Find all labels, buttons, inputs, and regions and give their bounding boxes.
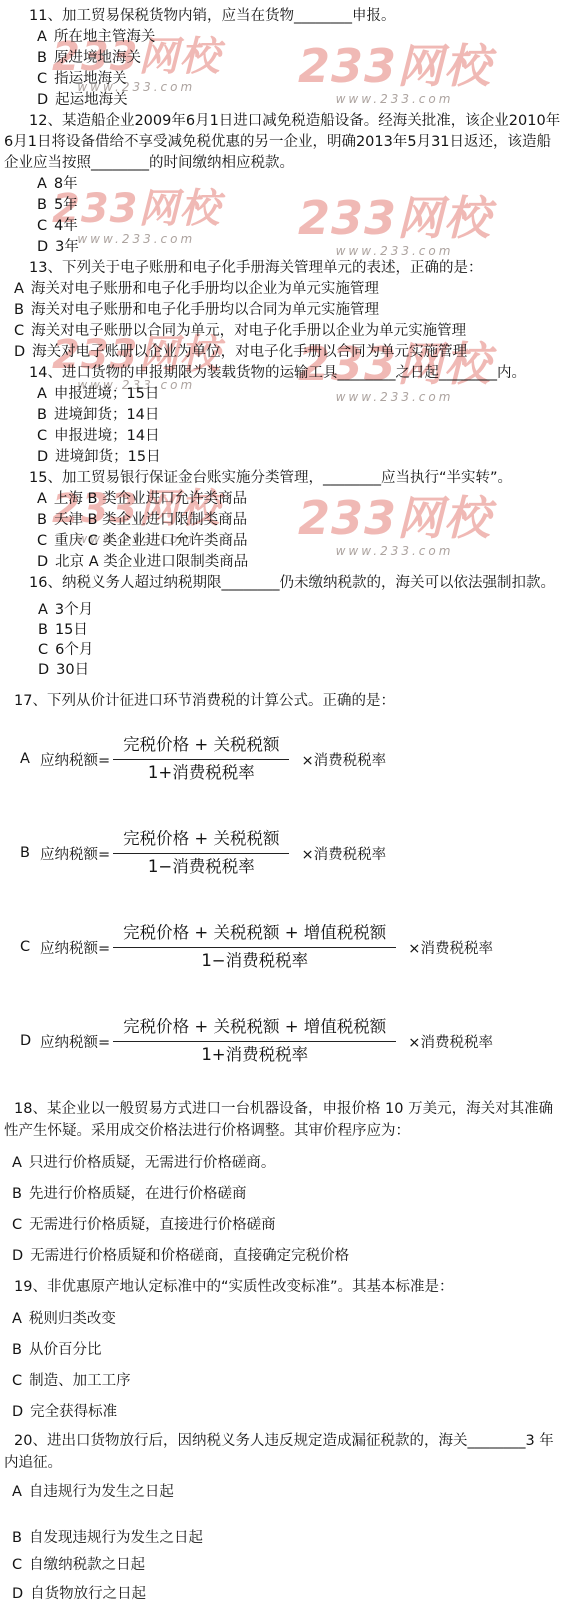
option-text: 指运地海关 [54, 71, 127, 87]
option-label: A [12, 1311, 22, 1327]
option-label: A [37, 176, 47, 192]
option-label: B [14, 302, 24, 318]
question-11-option-c: C指运地海关 [4, 69, 565, 90]
option-label: A [37, 491, 47, 507]
option-label: B [38, 622, 48, 638]
option-text: 北京 A 类企业进口限制类商品 [55, 554, 248, 570]
fraction-denominator: 1−消费税税率 [113, 948, 396, 972]
option-label: C [20, 939, 40, 955]
question-12-option-a: A8年 [4, 174, 565, 195]
option-text: 海关对电子账册以合同为单元，对电子化手册以企业为单元实施管理 [31, 323, 466, 339]
question-14-option-c: C申报进境；14日 [4, 426, 565, 447]
option-label: B [12, 1186, 22, 1202]
question-15-option-d: D北京 A 类企业进口限制类商品 [4, 552, 565, 573]
question-13-option-a: A海关对电子账册和电子化手册均以企业为单元实施管理 [4, 279, 565, 300]
question-17-text: 17、下列从价计征进口环节消费税的计算公式。正确的是： [4, 690, 565, 712]
question-12-option-b: B5年 [4, 195, 565, 216]
formula-lhs: 应纳税额= [40, 1031, 110, 1052]
option-text: 6个月 [55, 642, 93, 658]
question-12-option-d: D3年 [4, 237, 565, 258]
question-20-option-d: D自货物放行之日起 [4, 1584, 565, 1604]
option-text: 起运地海关 [55, 92, 128, 108]
option-label: C [14, 323, 24, 339]
question-16-option-a: A3个月 [4, 600, 565, 620]
option-label: D [37, 554, 48, 570]
option-label: A [12, 1484, 22, 1500]
option-label: A [38, 602, 48, 618]
formula-suffix: ×消费税税率 [408, 937, 493, 958]
option-text: 8年 [54, 176, 78, 192]
question-16-option-c: C6个月 [4, 640, 565, 660]
question-17-formula-c: C 应纳税额= 完税价格 + 关税税额 + 增值税税额 1−消费税税率 ×消费税… [4, 900, 565, 994]
question-15-text: 15、加工贸易银行保证金台账实施分类管理，________应当执行“半实转”。 [4, 468, 565, 489]
option-text: 重庆 C 类企业进口允许类商品 [54, 533, 247, 549]
question-11-option-b: B原进境地海关 [4, 48, 565, 69]
option-label: C [37, 218, 47, 234]
option-text: 先进行价格质疑，在进行价格磋商 [29, 1186, 247, 1202]
option-text: 3年 [55, 239, 79, 255]
option-text: 15日 [55, 622, 88, 638]
fraction-numerator: 完税价格 + 关税税额 + 增值税税额 [113, 1017, 396, 1042]
fraction: 完税价格 + 关税税额 + 增值税税额 1+消费税税率 [113, 1017, 396, 1065]
question-20-option-a: A自违规行为发生之日起 [4, 1482, 565, 1502]
option-label: C [37, 533, 47, 549]
question-11-option-d: D起运地海关 [4, 90, 565, 111]
option-label: D [37, 239, 48, 255]
formula-lhs: 应纳税额= [40, 937, 110, 958]
formula-suffix: ×消费税税率 [301, 843, 386, 864]
question-17-formula-b: B 应纳税额= 完税价格 + 关税税额 1−消费税税率 ×消费税税率 [4, 806, 565, 900]
option-text: 申报进境；15日 [54, 386, 159, 402]
formula-suffix: ×消费税税率 [301, 749, 386, 770]
option-label: A [37, 386, 47, 402]
option-text: 天津 B 类企业进口限制类商品 [54, 512, 247, 528]
option-label: C [12, 1557, 22, 1573]
option-label: A [37, 29, 47, 45]
question-12-text: 12、某造船企业2009年6月1日进口减免税造船设备。经海关批准，该企业2010… [4, 111, 565, 174]
option-label: B [20, 845, 40, 861]
question-19-option-d: D完全获得标准 [4, 1402, 565, 1422]
question-18-option-a: A只进行价格质疑，无需进行价格磋商。 [4, 1153, 565, 1173]
question-15-option-a: A上海 B 类企业进口允许类商品 [4, 489, 565, 510]
fraction: 完税价格 + 关税税额 + 增值税税额 1−消费税税率 [113, 923, 396, 971]
option-label: B [12, 1530, 22, 1546]
question-18-option-c: C无需进行价格质疑，直接进行价格磋商 [4, 1215, 565, 1235]
question-15-option-c: C重庆 C 类企业进口允许类商品 [4, 531, 565, 552]
formula-lhs: 应纳税额= [40, 749, 110, 770]
option-label: C [37, 428, 47, 444]
option-label: A [14, 281, 24, 297]
option-text: 从价百分比 [29, 1342, 102, 1358]
question-13-option-d: D海关对电子账册以企业为单位，对电子化手册以合同为单元实施管理 [4, 342, 565, 363]
option-label: B [37, 50, 47, 66]
question-18-option-b: B先进行价格质疑，在进行价格磋商 [4, 1184, 565, 1204]
question-11-option-a: A所在地主管海关 [4, 27, 565, 48]
option-text: 30日 [56, 662, 89, 678]
option-label: B [37, 512, 47, 528]
question-17-formula-a: A 应纳税额= 完税价格 + 关税税额 1+消费税税率 ×消费税税率 [4, 712, 565, 806]
option-text: 上海 B 类企业进口允许类商品 [54, 491, 247, 507]
question-16-text: 16、纳税义务人超过纳税期限________仍未缴纳税款的，海关可以依法强制扣款… [4, 573, 565, 594]
formula-lhs: 应纳税额= [40, 843, 110, 864]
question-20-option-c: C自缴纳税款之日起 [4, 1555, 565, 1575]
option-text: 完全获得标准 [30, 1404, 117, 1420]
option-text: 无需进行价格质疑和价格磋商，直接确定完税价格 [30, 1248, 349, 1264]
option-label: B [37, 407, 47, 423]
option-label: C [37, 71, 47, 87]
option-label: C [12, 1373, 22, 1389]
question-20-text: 20、进出口货物放行后，因纳税义务人违反规定造成漏征税款的，海关________… [4, 1430, 565, 1474]
option-label: D [37, 449, 48, 465]
fraction-denominator: 1−消费税税率 [113, 854, 289, 878]
exam-page: 233网校 www.233.com 233网校 www.233.com 233网… [0, 0, 583, 1608]
question-11-text: 11、加工贸易保税货物内销，应当在货物________申报。 [4, 6, 565, 27]
question-19-option-c: C制造、加工工序 [4, 1371, 565, 1391]
option-label: B [37, 197, 47, 213]
fraction-denominator: 1+消费税税率 [113, 1042, 396, 1066]
option-text: 进境卸货；14日 [54, 407, 159, 423]
fraction-numerator: 完税价格 + 关税税额 [113, 735, 289, 760]
question-15-option-b: B天津 B 类企业进口限制类商品 [4, 510, 565, 531]
question-14-option-d: D进境卸货；15日 [4, 447, 565, 468]
option-label: D [12, 1586, 23, 1602]
option-text: 自缴纳税款之日起 [29, 1557, 145, 1573]
option-label: D [20, 1033, 40, 1049]
question-13-text: 13、下列关于电子账册和电子化手册海关管理单元的表述，正确的是： [4, 258, 565, 279]
question-17-formula-d: D 应纳税额= 完税价格 + 关税税额 + 增值税税额 1+消费税税率 ×消费税… [4, 994, 565, 1088]
option-text: 自货物放行之日起 [30, 1586, 146, 1602]
option-text: 制造、加工工序 [29, 1373, 131, 1389]
option-label: A [12, 1155, 22, 1171]
option-label: D [14, 344, 25, 360]
option-label: C [38, 642, 48, 658]
option-text: 3个月 [55, 602, 93, 618]
question-20-option-b: B自发现违规行为发生之日起 [4, 1528, 565, 1548]
option-text: 无需进行价格质疑，直接进行价格磋商 [29, 1217, 276, 1233]
option-text: 海关对电子账册和电子化手册均以企业为单元实施管理 [31, 281, 379, 297]
option-text: 海关对电子账册和电子化手册均以合同为单元实施管理 [31, 302, 379, 318]
option-text: 5年 [54, 197, 78, 213]
formula-suffix: ×消费税税率 [408, 1031, 493, 1052]
option-label: A [20, 751, 40, 767]
option-text: 原进境地海关 [54, 50, 141, 66]
question-19-option-a: A税则归类改变 [4, 1309, 565, 1329]
question-18-text: 18、某企业以一般贸易方式进口一台机器设备，申报价格 10 万美元，海关对其准确… [4, 1098, 565, 1142]
question-19-option-b: B从价百分比 [4, 1340, 565, 1360]
option-text: 只进行价格质疑，无需进行价格磋商。 [29, 1155, 276, 1171]
option-text: 自发现违规行为发生之日起 [29, 1530, 203, 1546]
option-text: 4年 [54, 218, 78, 234]
option-text: 所在地主管海关 [54, 29, 156, 45]
option-text: 税则归类改变 [29, 1311, 116, 1327]
option-text: 申报进境；14日 [54, 428, 159, 444]
question-14-option-a: A申报进境；15日 [4, 384, 565, 405]
fraction-numerator: 完税价格 + 关税税额 + 增值税税额 [113, 923, 396, 948]
option-label: D [12, 1248, 23, 1264]
question-14-option-b: B进境卸货；14日 [4, 405, 565, 426]
question-14-text: 14、进口货物的申报期限为装载货物的运输工具________之日起_______… [4, 363, 565, 384]
question-12-option-c: C4年 [4, 216, 565, 237]
option-text: 自违规行为发生之日起 [29, 1484, 174, 1500]
option-label: D [38, 662, 49, 678]
option-text: 海关对电子账册以企业为单位，对电子化手册以合同为单元实施管理 [32, 344, 467, 360]
question-16-options: A3个月 B15日 C6个月 D30日 [4, 600, 565, 680]
option-label: D [12, 1404, 23, 1420]
option-label: B [12, 1342, 22, 1358]
question-16-option-b: B15日 [4, 620, 565, 640]
exam-content: 11、加工贸易保税货物内销，应当在货物________申报。 A所在地主管海关 … [0, 0, 572, 1604]
fraction: 完税价格 + 关税税额 1−消费税税率 [113, 829, 289, 877]
option-label: C [12, 1217, 22, 1233]
option-text: 进境卸货；15日 [55, 449, 160, 465]
question-16-option-d: D30日 [4, 660, 565, 680]
option-label: D [37, 92, 48, 108]
question-19-text: 19、非优惠原产地认定标准中的“实质性改变标准”。其基本标准是： [4, 1276, 565, 1298]
question-13-option-b: B海关对电子账册和电子化手册均以合同为单元实施管理 [4, 300, 565, 321]
question-18-option-d: D无需进行价格质疑和价格磋商，直接确定完税价格 [4, 1246, 565, 1266]
question-13-option-c: C海关对电子账册以合同为单元，对电子化手册以企业为单元实施管理 [4, 321, 565, 342]
fraction-denominator: 1+消费税税率 [113, 760, 289, 784]
fraction: 完税价格 + 关税税额 1+消费税税率 [113, 735, 289, 783]
fraction-numerator: 完税价格 + 关税税额 [113, 829, 289, 854]
